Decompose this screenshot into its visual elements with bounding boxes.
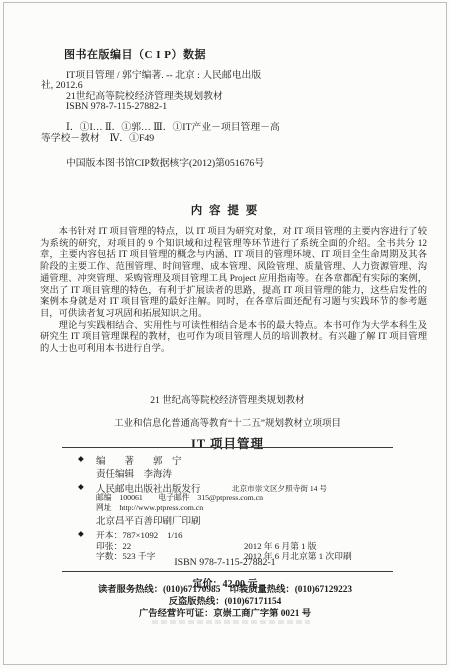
colophon-block: ◆ 编 著 郭 宁 责任编辑 李海涛 ◆ 人民邮电出版社出版发行 北京市崇文区夕… [78,450,423,562]
cip-classification-line-continuation: 等学校－教材 Ⅳ．①F49 [41,133,280,144]
service-hotline-line: 读者服务热线：(010)67170985 印装质量热线：(010)6712922… [0,584,450,596]
cip-registry-line: 中国版本图书馆CIP数据核字(2012)第051676号 [66,155,264,169]
colophon-editor-text: 责任编辑 李海涛 [96,470,172,480]
website-text: 网址 http://www.ptpress.com.cn [96,503,203,512]
series-title-2: 工业和信息化普通高等教育“十二五”规划教材立项项目 [62,415,393,429]
title-divider-rule [62,447,393,448]
cip-classification-line: Ⅰ．①I… Ⅱ．①郭… Ⅲ．①IT产业－项目管理－高 [41,122,280,133]
cip-header: 图书在版编目（C I P）数据 [64,46,206,62]
colophon-row-website: 网址 http://www.ptpress.com.cn [78,502,203,513]
cip-isbn-line: ISBN 978-7-115-27882-1 [41,102,261,112]
postcode-email-text: 邮编 100061 电子邮件 315@ptpress.com.cn [96,493,263,502]
abstract-body: 本书针对 IT 项目管理的特点，以 IT 项目为研究对象，对 IT 项目管理的主… [40,227,427,356]
print-show-through-artifact [152,620,310,624]
isbn-line: ISBN 978-7-115-27882-1 [0,557,450,568]
diamond-bullet-icon: ◆ [78,529,84,538]
cip-entry-block: IT项目管理 / 郭宁编著. -- 北京 : 人民邮电出版 社, 2012.6 … [41,71,261,113]
diamond-bullet-icon: ◆ [78,454,84,463]
abstract-paragraph-2: 理论与实践相结合、实用性与可读性相结合是本书的最大特点。本书可作为大学本科生及研… [40,321,427,356]
isbn-divider-rule [62,571,393,572]
title-block: 21 世纪高等院校经济管理类规划教材 工业和信息化普通高等教育“十二五”规划教材… [62,392,393,452]
diamond-bullet-icon: ◆ [78,482,84,491]
abstract-heading: 内 容 提 要 [0,202,450,218]
ad-license-line: 广告经营许可证：京崇工商广字第 0021 号 [0,608,450,620]
abstract-paragraph-1: 本书针对 IT 项目管理的特点，以 IT 项目为研究对象，对 IT 项目管理的主… [40,227,427,321]
series-title-1: 21 世纪高等院校经济管理类规划教材 [62,392,393,406]
antipiracy-hotline-line: 反盗版热线：(010)67171154 [0,596,450,608]
printer-text: 北京昌平百善印刷厂印刷 [96,517,201,527]
colophon-row-printer: 北京昌平百善印刷厂印刷 [78,513,201,527]
colophon-row-author: ◆ 编 著 郭 宁 [78,453,182,467]
colophon-row-editor: 责任编辑 李海涛 [78,466,172,480]
hotline-block: 读者服务热线：(010)67170985 印装质量热线：(010)6712922… [0,584,450,621]
cip-classification-block: Ⅰ．①I… Ⅱ．①郭… Ⅲ．①IT产业－项目管理－高 等学校－教材 Ⅳ．①F49 [41,122,280,144]
book-copyright-page: 图书在版编目（C I P）数据 IT项目管理 / 郭宁编著. -- 北京 : 人… [0,0,450,669]
